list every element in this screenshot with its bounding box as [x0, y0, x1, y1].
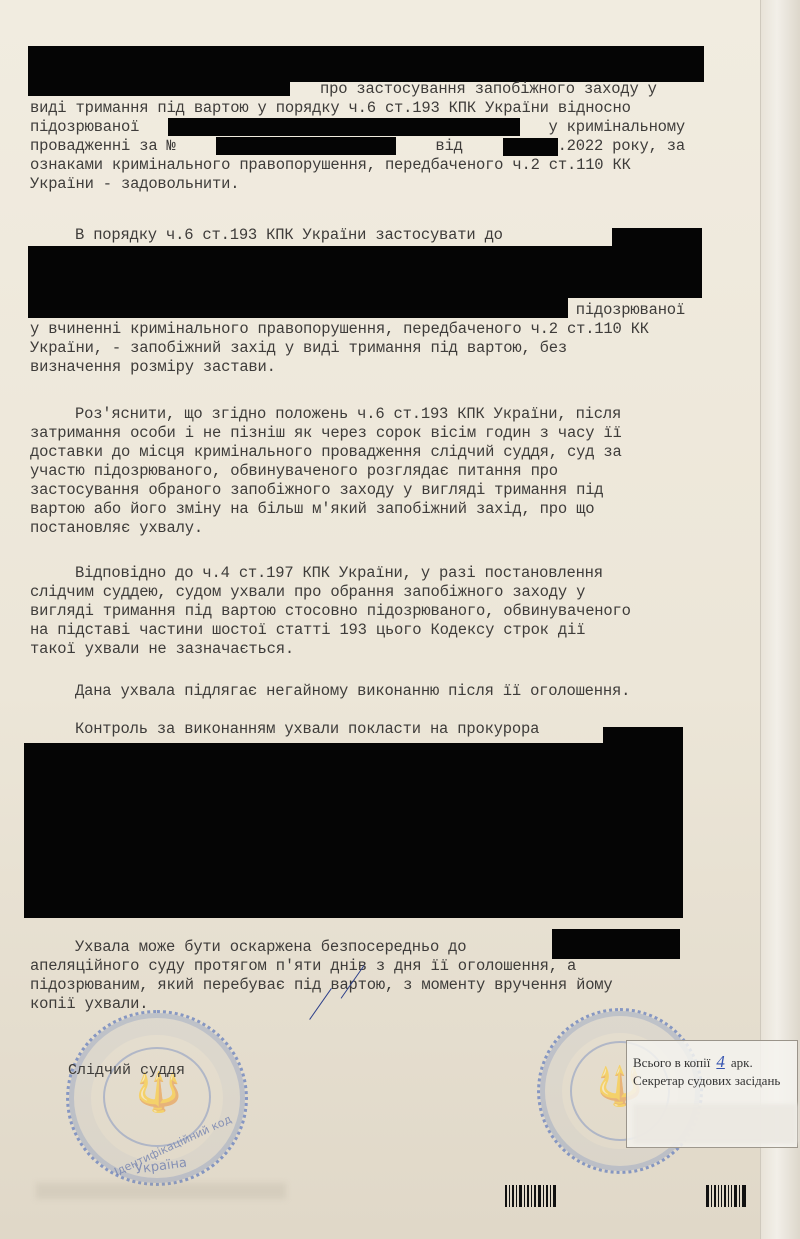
copy-pages-line: Всього в копії4арк. [633, 1053, 797, 1072]
p3-line1: Роз'яснити, що згідно положень ч.6 ст.19… [30, 405, 685, 424]
redaction-date [503, 138, 558, 156]
p1-line5: ознаками кримінального правопорушення, п… [30, 156, 685, 175]
p5-line1: Дана ухвала підлягає негайному виконанню… [30, 682, 685, 701]
p7-line3: підозрюваним, який перебуває під вартою,… [30, 976, 685, 995]
p4-line3: вигляді тримання під вартою стосовно під… [30, 602, 685, 621]
redaction-header [28, 46, 704, 82]
paragraph-apply-measure: В порядку ч.6 ст.193 КПК України застосу… [30, 226, 685, 245]
p4-line1: Відповідно до ч.4 ст.197 КПК України, у … [30, 564, 685, 583]
p2-continuation: підозрюваної у вчиненні кримінального пр… [30, 301, 685, 377]
paragraph-term-validity: Відповідно до ч.4 ст.197 КПК України, у … [30, 564, 685, 659]
redaction-suspect-details-b [28, 246, 702, 298]
blurred-footer-text [36, 1183, 286, 1199]
blurred-secretary-name [633, 1104, 797, 1144]
p1-line1: про застосування запобіжного заходу у [30, 80, 685, 99]
p3-line7: постановляє ухвалу. [30, 519, 685, 538]
redaction-appeal-court [552, 929, 680, 959]
p3-line6: вартою або його зміну на більш м'який за… [30, 500, 685, 519]
p4-line2: слідчим суддею, судом ухвали про обрання… [30, 583, 685, 602]
paragraph-immediate-execution: Дана ухвала підлягає негайному виконанню… [30, 682, 685, 701]
redaction-suspect-details-a [612, 228, 702, 248]
p1-line2: виді тримання під вартою у порядку ч.6 с… [30, 99, 685, 118]
signature-label-judge: Слідчий суддя [68, 1062, 185, 1079]
p1-line6: України - задовольнити. [30, 175, 685, 194]
copy-certification-note: Всього в копії4арк. Секретар судових зас… [626, 1040, 798, 1148]
secretary-label: Секретар судових засідань [633, 1072, 797, 1090]
p2-line5: визначення розміру застави. [30, 358, 685, 377]
p2-line3: у вчиненні кримінального правопорушення,… [30, 320, 685, 339]
p7-line4: копії ухвали. [30, 995, 685, 1014]
p3-line5: застосування обраного запобіжного заходу… [30, 481, 685, 500]
official-seal-left: 🔱 Ідентифікаційний код Україна [66, 1010, 248, 1186]
paragraph-control: Контроль за виконанням ухвали покласти н… [30, 720, 685, 739]
p2-line-suspect: підозрюваної [30, 301, 685, 320]
p2-line1: В порядку ч.6 ст.193 КПК України застосу… [30, 226, 635, 245]
barcode-left [505, 1185, 556, 1207]
redaction-large-block [24, 743, 683, 918]
p3-line3: доставки до місця кримінального провадже… [30, 443, 685, 462]
p1-line3: підозрюваної у кримінальному [30, 118, 685, 137]
p6-line1: Контроль за виконанням ухвали покласти н… [30, 720, 685, 739]
paragraph-explanation: Роз'яснити, що згідно положень ч.6 ст.19… [30, 405, 685, 538]
barcode-right [706, 1185, 746, 1207]
p1-line4: провадженні за № від .2022 року, за [30, 137, 685, 156]
redaction-suspect-name [168, 118, 520, 136]
p2-line4: України, - запобіжний захід у виді трима… [30, 339, 685, 358]
p3-line2: затримання особи і не пізніш як через со… [30, 424, 685, 443]
redaction-case-number [216, 137, 396, 155]
p3-line4: участю підозрюваного, обвинуваченого роз… [30, 462, 685, 481]
paragraph-petition-granted: про застосування запобіжного заходу у ви… [30, 80, 685, 194]
p4-line5: такої ухвали не зазначається. [30, 640, 685, 659]
p4-line4: на підставі частини шостої статті 193 ць… [30, 621, 685, 640]
pages-count: 4 [710, 1052, 731, 1071]
